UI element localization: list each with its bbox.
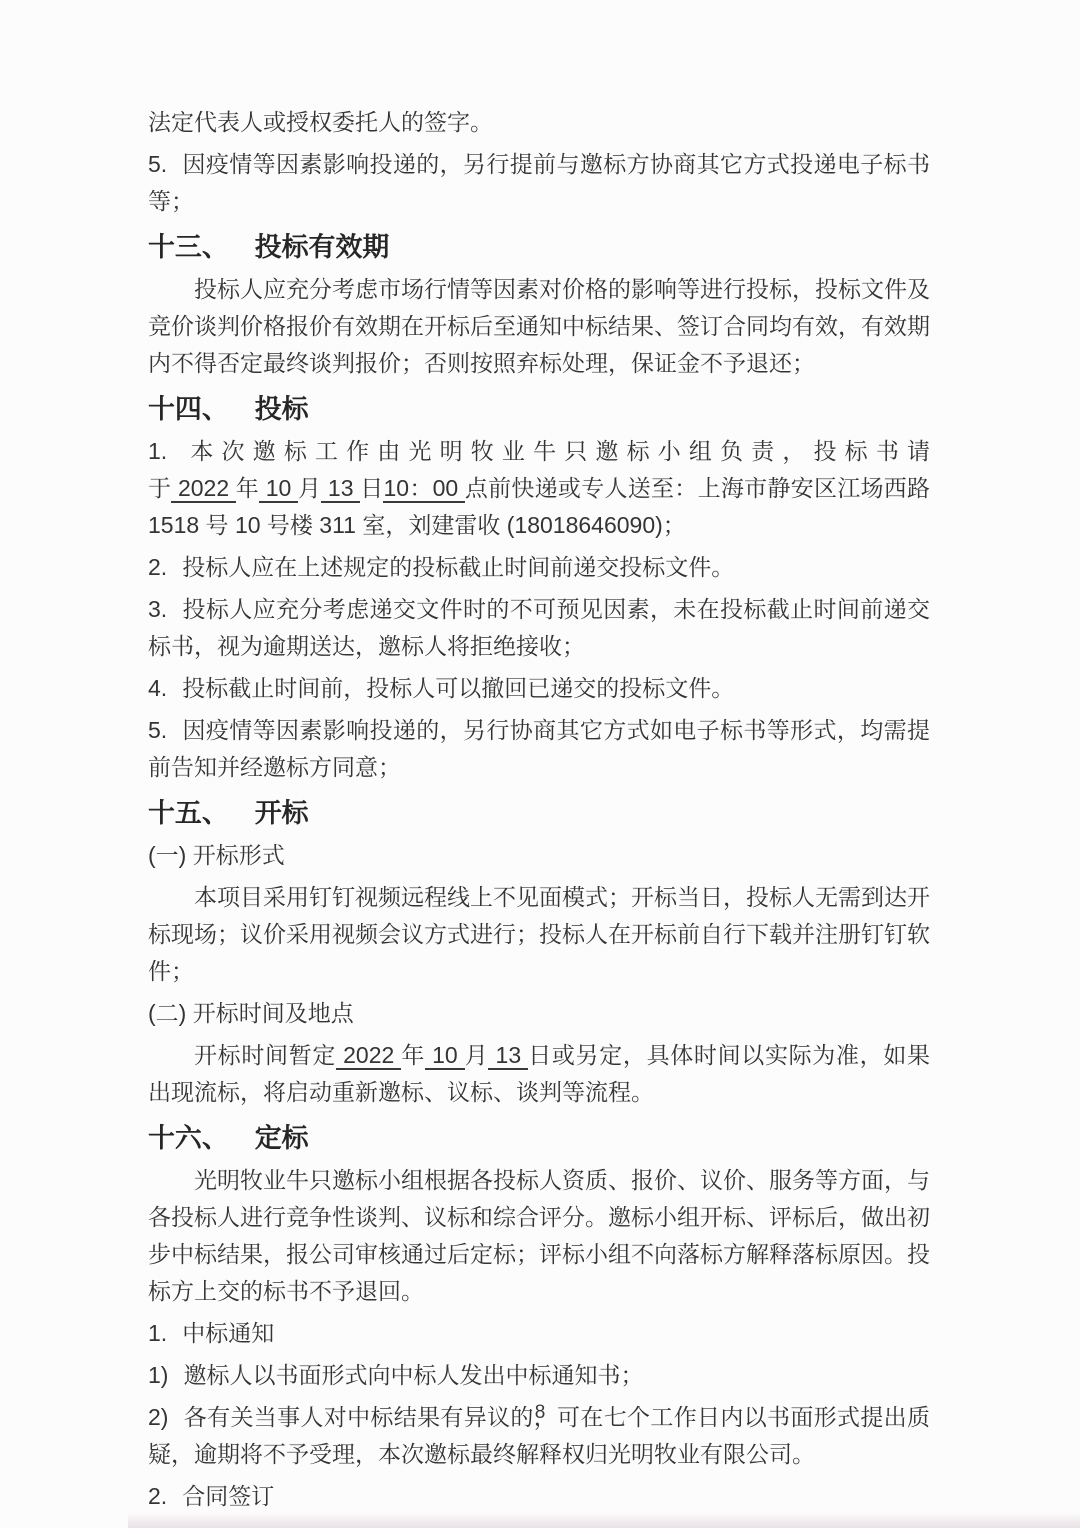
scan-edge-artifact bbox=[128, 1513, 1080, 1528]
item-text: 投标人应充分考虑递交文件时的不可预见因素，未在投标截止时间前递交标书，视为逾期送… bbox=[148, 596, 930, 659]
item-number: 2. bbox=[148, 1483, 167, 1509]
document-page: 法定代表人或授权委托人的签字。 5.因疫情等因素影响投递的，另行提前与邀标方协商… bbox=[0, 0, 1080, 1528]
item-number: 3. bbox=[148, 596, 167, 622]
subheading-open-time: (二) 开标时间及地点 bbox=[148, 995, 930, 1032]
item-text: 投标人应在上述规定的投标截止时间前递交投标文件。 bbox=[182, 554, 734, 580]
subheading-open-form: (一) 开标形式 bbox=[148, 837, 930, 874]
section-heading-14: 十四、投标 bbox=[148, 391, 930, 428]
paragraph-signature: 法定代表人或授权委托人的签字。 bbox=[148, 104, 930, 141]
list-item: 5.因疫情等因素影响投递的，另行提前与邀标方协商其它方式投递电子标书等； bbox=[148, 146, 930, 220]
paragraph-text: 月 bbox=[465, 1042, 489, 1068]
list-item: 2.合同签订 bbox=[148, 1478, 930, 1515]
paragraph-open-form: 本项目采用钉钉视频远程线上不见面模式；开标当日，投标人无需到达开标现场；议价采用… bbox=[148, 879, 930, 990]
item-number: 2. bbox=[148, 554, 167, 580]
item-text: 投标截止时间前，投标人可以撤回已递交的投标文件。 bbox=[182, 675, 734, 701]
underlined-month: 10 bbox=[425, 1042, 465, 1070]
item-text: 邀标人以书面形式向中标人发出中标通知书； bbox=[183, 1362, 643, 1388]
section-heading-15: 十五、开标 bbox=[148, 795, 930, 832]
item-text: 中标通知 bbox=[182, 1320, 274, 1346]
underlined-day: 13 bbox=[321, 475, 360, 503]
underlined-year: 2022 bbox=[336, 1042, 401, 1070]
paragraph-open-time: 开标时间暂定 2022 年 10 月 13 日或另定，具体时间以实际为准，如果出… bbox=[148, 1037, 930, 1111]
list-item: 2.投标人应在上述规定的投标截止时间前递交投标文件。 bbox=[148, 549, 930, 586]
section-heading-16: 十六、定标 bbox=[148, 1120, 930, 1157]
paragraph-award: 光明牧业牛只邀标小组根据各投标人资质、报价、议价、服务等方面，与各投标人进行竞争… bbox=[148, 1162, 930, 1310]
list-item-bid-delivery: 1.本次邀标工作由光明牧业牛只邀标小组负责，投标书请于 2022 年 10 月 … bbox=[148, 433, 930, 544]
underlined-year: 2022 bbox=[171, 475, 236, 503]
list-item: 5.因疫情等因素影响投递的，另行协商其它方式如电子标书等形式，均需提前告知并经邀… bbox=[148, 712, 930, 786]
list-item: 1)邀标人以书面形式向中标人发出中标通知书； bbox=[148, 1357, 930, 1394]
item-number: 4. bbox=[148, 675, 167, 701]
item-text: 年 bbox=[236, 475, 259, 501]
item-number: 1. bbox=[148, 438, 167, 464]
underlined-day: 13 bbox=[488, 1042, 528, 1070]
underlined-month: 10 bbox=[259, 475, 298, 503]
item-number: 5. bbox=[148, 717, 167, 743]
underlined-time: 10：00 bbox=[383, 475, 464, 503]
item-number: 1. bbox=[148, 1320, 167, 1346]
list-item: 1.中标通知 bbox=[148, 1315, 930, 1352]
paragraph-text: 开标时间暂定 bbox=[194, 1042, 336, 1068]
section-number: 十三、 bbox=[148, 232, 229, 262]
item-number: 1) bbox=[148, 1362, 168, 1388]
section-title: 开标 bbox=[255, 798, 309, 828]
item-text: 月 bbox=[298, 475, 321, 501]
item-number: 5. bbox=[148, 151, 167, 177]
paragraph-text: 年 bbox=[401, 1042, 425, 1068]
page-number: 8 bbox=[0, 1402, 1080, 1424]
section-number: 十五、 bbox=[148, 798, 229, 828]
list-item: 4.投标截止时间前，投标人可以撤回已递交的投标文件。 bbox=[148, 670, 930, 707]
section-title: 定标 bbox=[255, 1123, 309, 1153]
item-text: 合同签订 bbox=[182, 1483, 274, 1509]
section-title: 投标 bbox=[255, 394, 309, 424]
section-heading-13: 十三、投标有效期 bbox=[148, 229, 930, 266]
item-text: 因疫情等因素影响投递的，另行提前与邀标方协商其它方式投递电子标书等； bbox=[148, 151, 930, 214]
section-number: 十六、 bbox=[148, 1123, 229, 1153]
item-text: 日 bbox=[360, 475, 383, 501]
item-text: 因疫情等因素影响投递的，另行协商其它方式如电子标书等形式，均需提前告知并经邀标方… bbox=[148, 717, 930, 780]
list-item: 3.投标人应充分考虑递交文件时的不可预见因素，未在投标截止时间前递交标书，视为逾… bbox=[148, 591, 930, 665]
section-title: 投标有效期 bbox=[255, 232, 390, 262]
paragraph-bid-validity: 投标人应充分考虑市场行情等因素对价格的影响等进行投标，投标文件及竞价谈判价格报价… bbox=[148, 271, 930, 382]
section-number: 十四、 bbox=[148, 394, 229, 424]
